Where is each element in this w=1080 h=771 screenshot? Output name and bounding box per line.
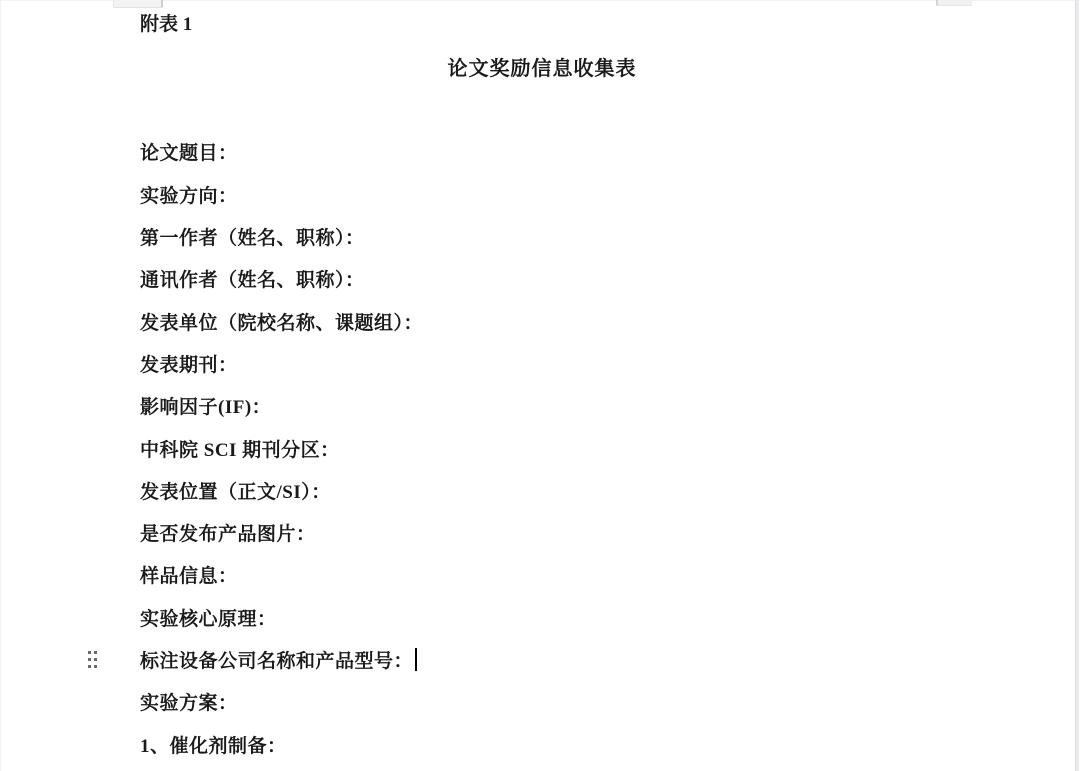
doc-line-journal[interactable]: 发表期刊： — [140, 342, 944, 384]
left-edge-divider — [0, 0, 1, 771]
doc-line-experiment-direction[interactable]: 实验方向： — [140, 173, 944, 215]
text-caret — [415, 648, 417, 671]
doc-line-sample-info[interactable]: 样品信息： — [140, 554, 944, 596]
doc-line-first-author[interactable]: 第一作者（姓名、职称）： — [140, 215, 944, 257]
document-page: 附表 1 论文奖励信息收集表 论文题目： 实验方向： 第一作者（姓名、职称）： … — [0, 0, 1080, 771]
drag-handle-icon[interactable] — [88, 651, 97, 668]
doc-line-catalyst-preparation[interactable]: 1、催化剂制备： — [140, 723, 944, 765]
doc-line-corresponding-author[interactable]: 通讯作者（姓名、职称）： — [140, 258, 944, 300]
doc-line-experiment-plan[interactable]: 实验方案： — [140, 681, 944, 723]
form-field-lines: 论文题目： 实验方向： 第一作者（姓名、职称）： 通讯作者（姓名、职称）： 发表… — [140, 131, 944, 765]
clipped-toolbar-fragment-right — [936, 0, 972, 6]
doc-line-core-principle[interactable]: 实验核心原理： — [140, 596, 944, 638]
doc-line-product-image-published[interactable]: 是否发布产品图片： — [140, 511, 944, 553]
doc-line-impact-factor[interactable]: 影响因子(IF)： — [140, 385, 944, 427]
clipped-toolbar-fragment-left — [113, 0, 163, 8]
page-right-edge — [1075, 0, 1079, 771]
doc-line-paper-title[interactable]: 论文题目： — [140, 131, 944, 173]
document-title[interactable]: 论文奖励信息收集表 — [140, 56, 944, 82]
doc-line-publishing-institution[interactable]: 发表单位（院校名称、课题组）： — [140, 300, 944, 342]
doc-line-cas-sci-partition[interactable]: 中科院 SCI 期刊分区： — [140, 427, 944, 469]
doc-line-publication-position[interactable]: 发表位置（正文/SI）： — [140, 469, 944, 511]
doc-line-text: 标注设备公司名称和产品型号： — [140, 646, 413, 673]
doc-line-equipment-company-model[interactable]: 标注设备公司名称和产品型号： — [140, 638, 944, 680]
appendix-label[interactable]: 附表 1 — [140, 12, 192, 38]
